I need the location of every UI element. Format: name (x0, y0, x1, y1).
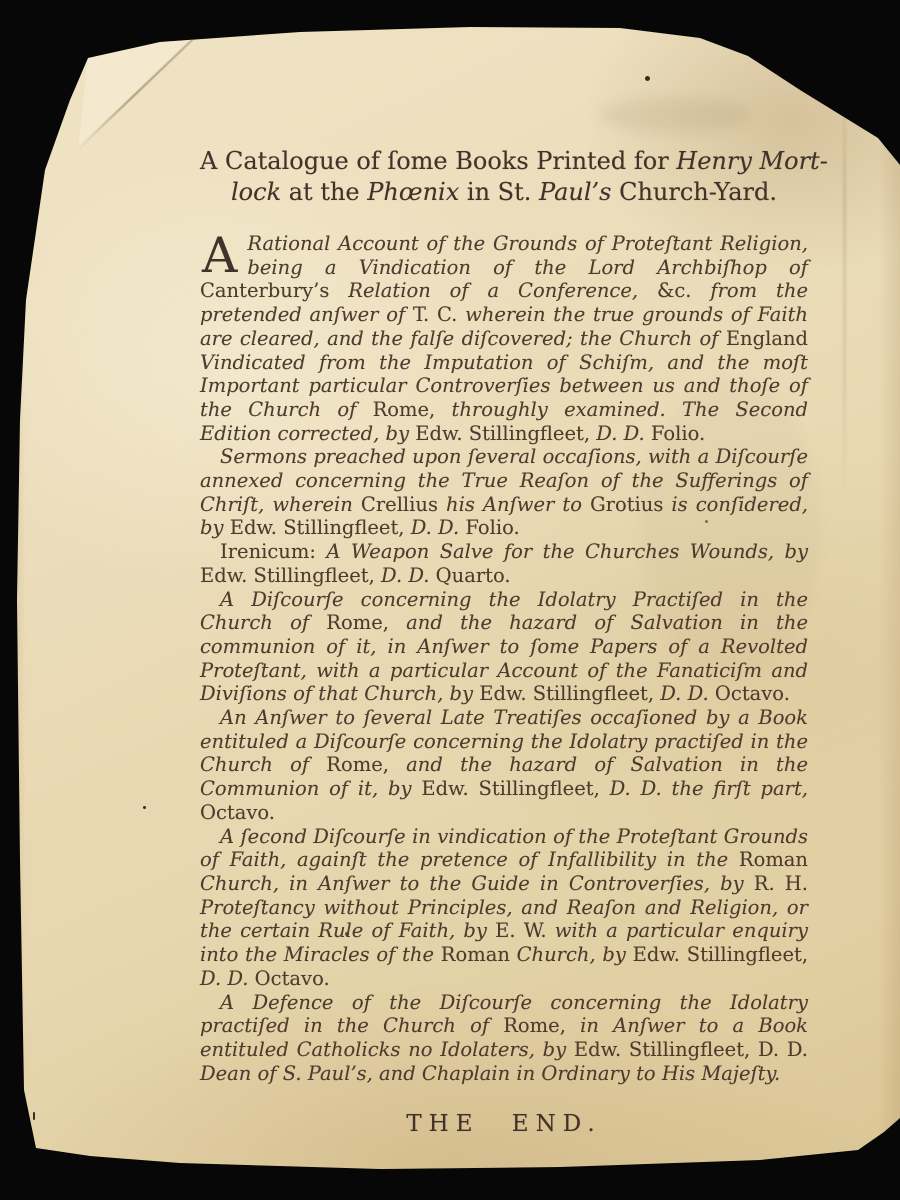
catalogue-entry: ARational Account of the Grounds of Prot… (200, 232, 808, 445)
ink-speck (33, 1112, 35, 1120)
catalogue-paragraphs: ARational Account of the Grounds of Prot… (200, 232, 808, 1085)
catalogue-entry: An Anſwer to ſeveral Late Treatiſes occa… (200, 706, 808, 825)
catalogue-entry: A Defence of the Diſcourſe concerning th… (200, 991, 808, 1086)
book-page: A Catalogue of ſome Books Printed for He… (0, 0, 900, 1200)
drop-cap: A (200, 232, 247, 277)
the-end-label: THE END. (200, 1111, 808, 1137)
ink-bleedthrough (600, 98, 750, 132)
catalogue-entry: Sermons preached upon ſeveral occaſions,… (200, 445, 808, 540)
photo-background: A Catalogue of ſome Books Printed for He… (0, 0, 900, 1200)
crease-line (843, 70, 846, 500)
ink-speck (645, 76, 650, 81)
catalogue-entry: Irenicum: A Weapon Salve for the Churche… (200, 540, 808, 587)
title-line: lock at the Phœnix in St. Paul’s Church-… (200, 177, 808, 208)
catalogue-title: A Catalogue of ſome Books Printed for He… (200, 146, 808, 207)
title-line: A Catalogue of ſome Books Printed for He… (200, 146, 808, 177)
catalogue-entry: A ſecond Diſcourſe in vindication of the… (200, 825, 808, 991)
printed-text-block: A Catalogue of ſome Books Printed for He… (200, 146, 808, 1137)
catalogue-entry: A Diſcourſe concerning the Idolatry Prac… (200, 588, 808, 707)
ink-speck (143, 806, 146, 809)
